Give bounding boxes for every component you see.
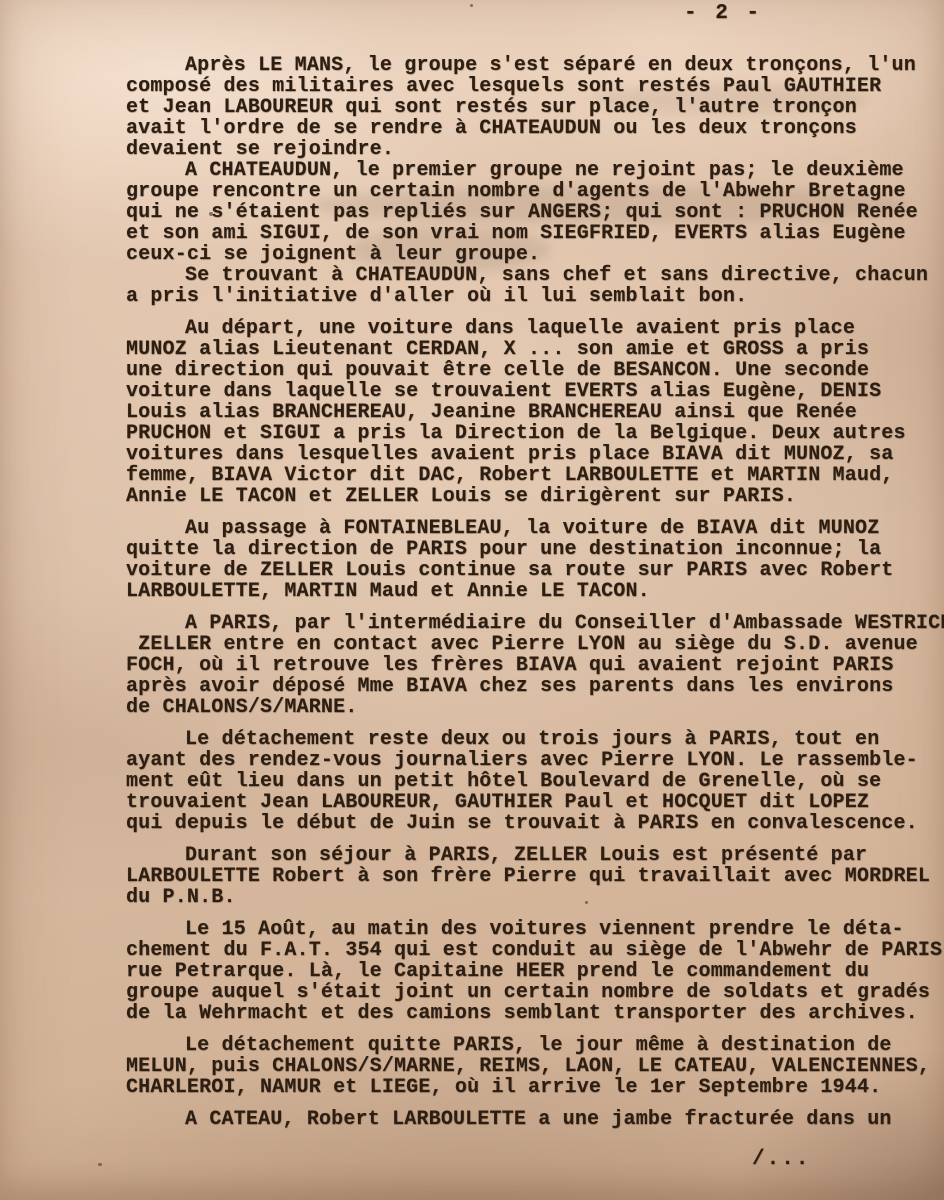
document-page: - 2 - Après LE MANS, le groupe s'est sép… <box>0 0 944 1200</box>
text-line: voiture dans laquelle se trouvaient EVER… <box>126 381 944 402</box>
text-line: et son ami SIGUI, de son vrai nom SIEGFR… <box>126 223 944 244</box>
text-line: A CHATEAUDUN, le premier groupe ne rejoi… <box>126 160 944 181</box>
document-body: Après LE MANS, le groupe s'est séparé en… <box>126 55 944 1130</box>
paper-speck <box>98 1163 102 1166</box>
text-line: FOCH, où il retrouve les frères BIAVA qu… <box>126 655 944 676</box>
text-line: composé des militaires avec lesquels son… <box>126 76 944 97</box>
paragraph: Durant son séjour à PARIS, ZELLER Louis … <box>126 845 944 908</box>
text-line: du P.N.B. <box>126 887 944 908</box>
text-line: LARBOULETTE Robert à son frère Pierre qu… <box>126 866 944 887</box>
text-line: Durant son séjour à PARIS, ZELLER Louis … <box>126 845 944 866</box>
text-line: Le détachement quitte PARIS, le jour mêm… <box>126 1035 944 1056</box>
text-line: une direction qui pouvait être celle de … <box>126 360 944 381</box>
text-line: ceux-ci se joignent à leur groupe. <box>126 244 944 265</box>
text-line: voiture de ZELLER Louis continue sa rout… <box>126 560 944 581</box>
text-line: de CHALONS/S/MARNE. <box>126 697 944 718</box>
paragraph: Au passage à FONTAINEBLEAU, la voiture d… <box>126 518 944 602</box>
text-line: voitures dans lesquelles avaient pris pl… <box>126 444 944 465</box>
paragraph: Le détachement reste deux ou trois jours… <box>126 729 944 834</box>
text-line: Le détachement reste deux ou trois jours… <box>126 729 944 750</box>
paragraph: A CHATEAUDUN, le premier groupe ne rejoi… <box>126 160 944 265</box>
text-line: MELUN, puis CHALONS/S/MARNE, REIMS, LAON… <box>126 1056 944 1077</box>
text-line: de la Wehrmacht et des camions semblant … <box>126 1003 944 1024</box>
text-line: Le 15 Août, au matin des voitures vienne… <box>126 919 944 940</box>
text-line: ayant des rendez-vous journaliers avec P… <box>126 750 944 771</box>
text-line: groupe rencontre un certain nombre d'age… <box>126 181 944 202</box>
text-line: Louis alias BRANCHEREAU, Jeanine BRANCHE… <box>126 402 944 423</box>
paper-speck <box>470 4 473 7</box>
paragraph: A PARIS, par l'intermédiaire du Conseill… <box>126 613 944 718</box>
text-line: ment eût lieu dans un petit hôtel Boulev… <box>126 771 944 792</box>
text-line: après avoir déposé Mme BIAVA chez ses pa… <box>126 676 944 697</box>
text-line: Après LE MANS, le groupe s'est séparé en… <box>126 55 944 76</box>
text-line: chement du F.A.T. 354 qui est conduit au… <box>126 940 944 961</box>
text-line: femme, BIAVA Victor dit DAC, Robert LARB… <box>126 465 944 486</box>
text-line: groupe auquel s'était joint un certain n… <box>126 982 944 1003</box>
text-line: A CATEAU, Robert LARBOULETTE a une jambe… <box>126 1109 944 1130</box>
text-line: avait l'ordre de se rendre à CHATEAUDUN … <box>126 118 944 139</box>
paragraph: Le détachement quitte PARIS, le jour mêm… <box>126 1035 944 1098</box>
text-line: CHARLEROI, NAMUR et LIEGE, où il arrive … <box>126 1077 944 1098</box>
text-line: qui ne s'étaient pas repliés sur ANGERS;… <box>126 202 944 223</box>
page-number: - 2 - <box>684 2 762 25</box>
paragraph: Le 15 Août, au matin des voitures vienne… <box>126 919 944 1024</box>
text-line: Au départ, une voiture dans laquelle ava… <box>126 318 944 339</box>
continuation-mark: /... <box>752 1148 810 1171</box>
text-line: LARBOULETTE, MARTIN Maud et Annie LE TAC… <box>126 581 944 602</box>
text-line: MUNOZ alias Lieutenant CERDAN, X ... son… <box>126 339 944 360</box>
text-line: trouvaient Jean LABOUREUR, GAUTHIER Paul… <box>126 792 944 813</box>
text-line: Annie LE TACON et ZELLER Louis se dirigè… <box>126 486 944 507</box>
text-line: PRUCHON et SIGUI a pris la Direction de … <box>126 423 944 444</box>
text-line: rue Petrarque. Là, le Capitaine HEER pre… <box>126 961 944 982</box>
text-line: ZELLER entre en contact avec Pierre LYON… <box>126 634 944 655</box>
paragraph: A CATEAU, Robert LARBOULETTE a une jambe… <box>126 1109 944 1130</box>
text-line: a pris l'initiative d'aller où il lui se… <box>126 286 944 307</box>
text-line: et Jean LABOUREUR qui sont restés sur pl… <box>126 97 944 118</box>
text-line: Au passage à FONTAINEBLEAU, la voiture d… <box>126 518 944 539</box>
text-line: quitte la direction de PARIS pour une de… <box>126 539 944 560</box>
text-line: A PARIS, par l'intermédiaire du Conseill… <box>126 613 944 634</box>
text-line: qui depuis le début de Juin se trouvait … <box>126 813 944 834</box>
paragraph: Après LE MANS, le groupe s'est séparé en… <box>126 55 944 160</box>
text-line: Se trouvant à CHATEAUDUN, sans chef et s… <box>126 265 944 286</box>
paragraph: Au départ, une voiture dans laquelle ava… <box>126 318 944 507</box>
text-line: devaient se rejoindre. <box>126 139 944 160</box>
paragraph: Se trouvant à CHATEAUDUN, sans chef et s… <box>126 265 944 307</box>
